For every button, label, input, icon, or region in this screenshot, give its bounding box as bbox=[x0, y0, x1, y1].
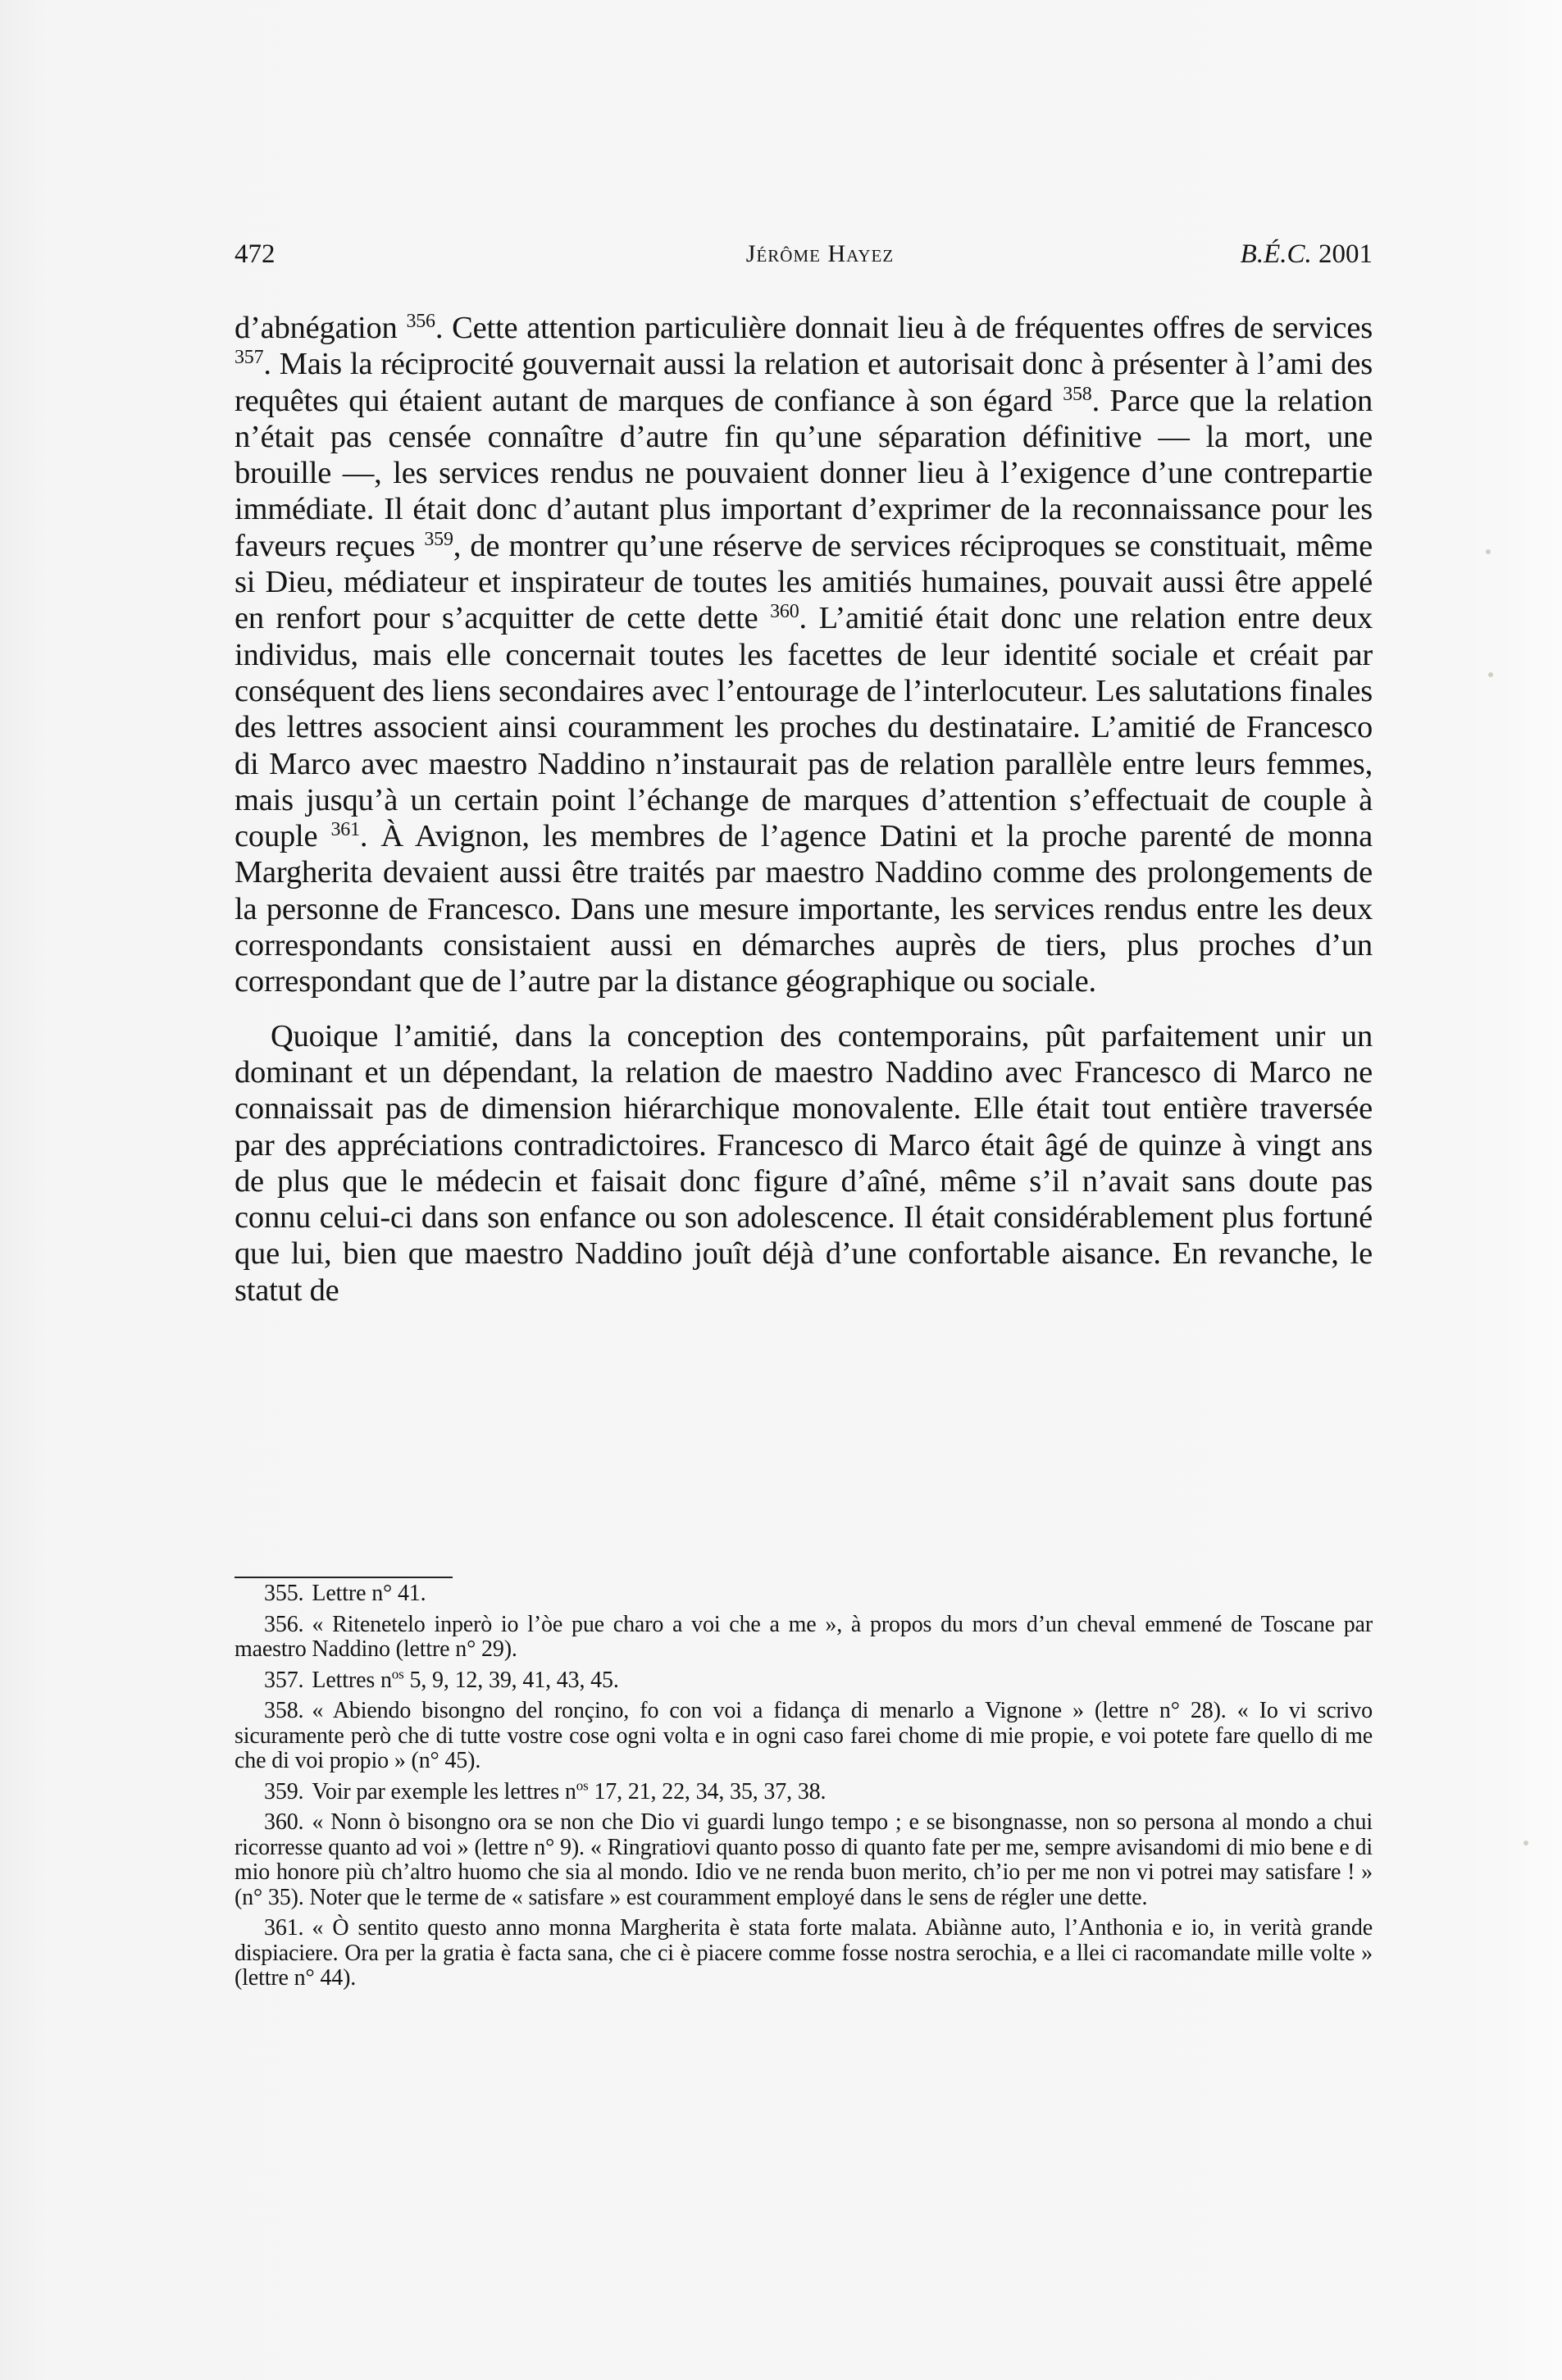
footnote-number: 358. bbox=[264, 1698, 303, 1723]
footnote-number: 361. bbox=[264, 1915, 303, 1941]
journal-year: 2001 bbox=[1318, 239, 1373, 269]
paper-blemish bbox=[1488, 672, 1493, 677]
footnote-reference[interactable]: 359 bbox=[424, 529, 453, 550]
paper-blemish bbox=[1486, 549, 1491, 554]
footnote: 355.Lettre n° 41. bbox=[235, 1581, 1373, 1607]
running-head-journal: B.É.C. 2001 bbox=[1241, 238, 1373, 271]
footnote-text: Voir par exemple les lettres n bbox=[312, 1779, 576, 1804]
footnote: 359.Voir par exemple les lettres nos 17,… bbox=[235, 1780, 1373, 1805]
footnote-text: « Abiendo bisongno del ronçino, fo con v… bbox=[235, 1698, 1373, 1773]
footnote: 357.Lettres nos 5, 9, 12, 39, 41, 43, 45… bbox=[235, 1668, 1373, 1694]
footnote-text: « Ritenetelo inperò io l’òe pue charo a … bbox=[235, 1612, 1373, 1663]
ordinal-suffix: os bbox=[392, 1666, 404, 1681]
footnote-reference[interactable]: 356 bbox=[406, 311, 435, 332]
body-text-run: d’abnégation bbox=[235, 311, 406, 345]
body-text-run: Quoique l’amitié, dans la conception des… bbox=[235, 1019, 1373, 1308]
footnote: 358.« Abiendo bisongno del ronçino, fo c… bbox=[235, 1699, 1373, 1774]
body-text-run: . À Avignon, les membres de l’agence Dat… bbox=[235, 819, 1373, 999]
footnote-text: « Ò sentito questo anno monna Margherita… bbox=[235, 1915, 1373, 1991]
ordinal-suffix: os bbox=[576, 1777, 589, 1793]
footnote: 356.« Ritenetelo inperò io l’òe pue char… bbox=[235, 1613, 1373, 1663]
footnote-text: 5, 9, 12, 39, 41, 43, 45. bbox=[404, 1668, 619, 1693]
footnote-number: 357. bbox=[264, 1668, 303, 1693]
footnote-number: 360. bbox=[264, 1809, 303, 1835]
journal-abbrev: B.É.C. bbox=[1241, 239, 1312, 269]
body-text-run: . Cette attention particulière donnait l… bbox=[435, 311, 1373, 345]
footnote-separator bbox=[235, 1577, 453, 1578]
footnotes: 355.Lettre n° 41.356.« Ritenetelo inperò… bbox=[235, 1581, 1373, 1997]
body-text-run: . L’amitié était donc une relation entre… bbox=[235, 601, 1373, 853]
footnote-text: Lettres n bbox=[312, 1668, 391, 1693]
footnote-reference[interactable]: 358 bbox=[1063, 384, 1091, 405]
body-text: d’abnégation 356. Cette attention partic… bbox=[235, 310, 1373, 1308]
paper-blemish bbox=[1523, 1841, 1528, 1845]
footnote-text: Lettre n° 41. bbox=[312, 1581, 426, 1606]
footnote-number: 356. bbox=[264, 1612, 303, 1637]
footnote: 361.« Ò sentito questo anno monna Marghe… bbox=[235, 1916, 1373, 1991]
scanned-page: 472 Jérôme Hayez B.É.C. 2001 d’abnégatio… bbox=[0, 0, 1562, 2380]
footnote: 360.« Nonn ò bisongno ora se non che Dio… bbox=[235, 1810, 1373, 1910]
footnote-number: 355. bbox=[264, 1581, 303, 1606]
paragraph: Quoique l’amitié, dans la conception des… bbox=[235, 1018, 1373, 1308]
paragraph: d’abnégation 356. Cette attention partic… bbox=[235, 310, 1373, 1000]
running-head-author: Jérôme Hayez bbox=[235, 238, 1373, 271]
footnote-number: 359. bbox=[264, 1779, 303, 1804]
footnote-reference[interactable]: 360 bbox=[770, 601, 799, 622]
footnote-text: « Nonn ò bisongno ora se non che Dio vi … bbox=[235, 1809, 1373, 1910]
footnote-text: 17, 21, 22, 34, 35, 37, 38. bbox=[589, 1779, 827, 1804]
footnote-reference[interactable]: 357 bbox=[235, 347, 263, 368]
running-head: 472 Jérôme Hayez B.É.C. 2001 bbox=[235, 238, 1373, 271]
footnote-reference[interactable]: 361 bbox=[330, 819, 359, 840]
